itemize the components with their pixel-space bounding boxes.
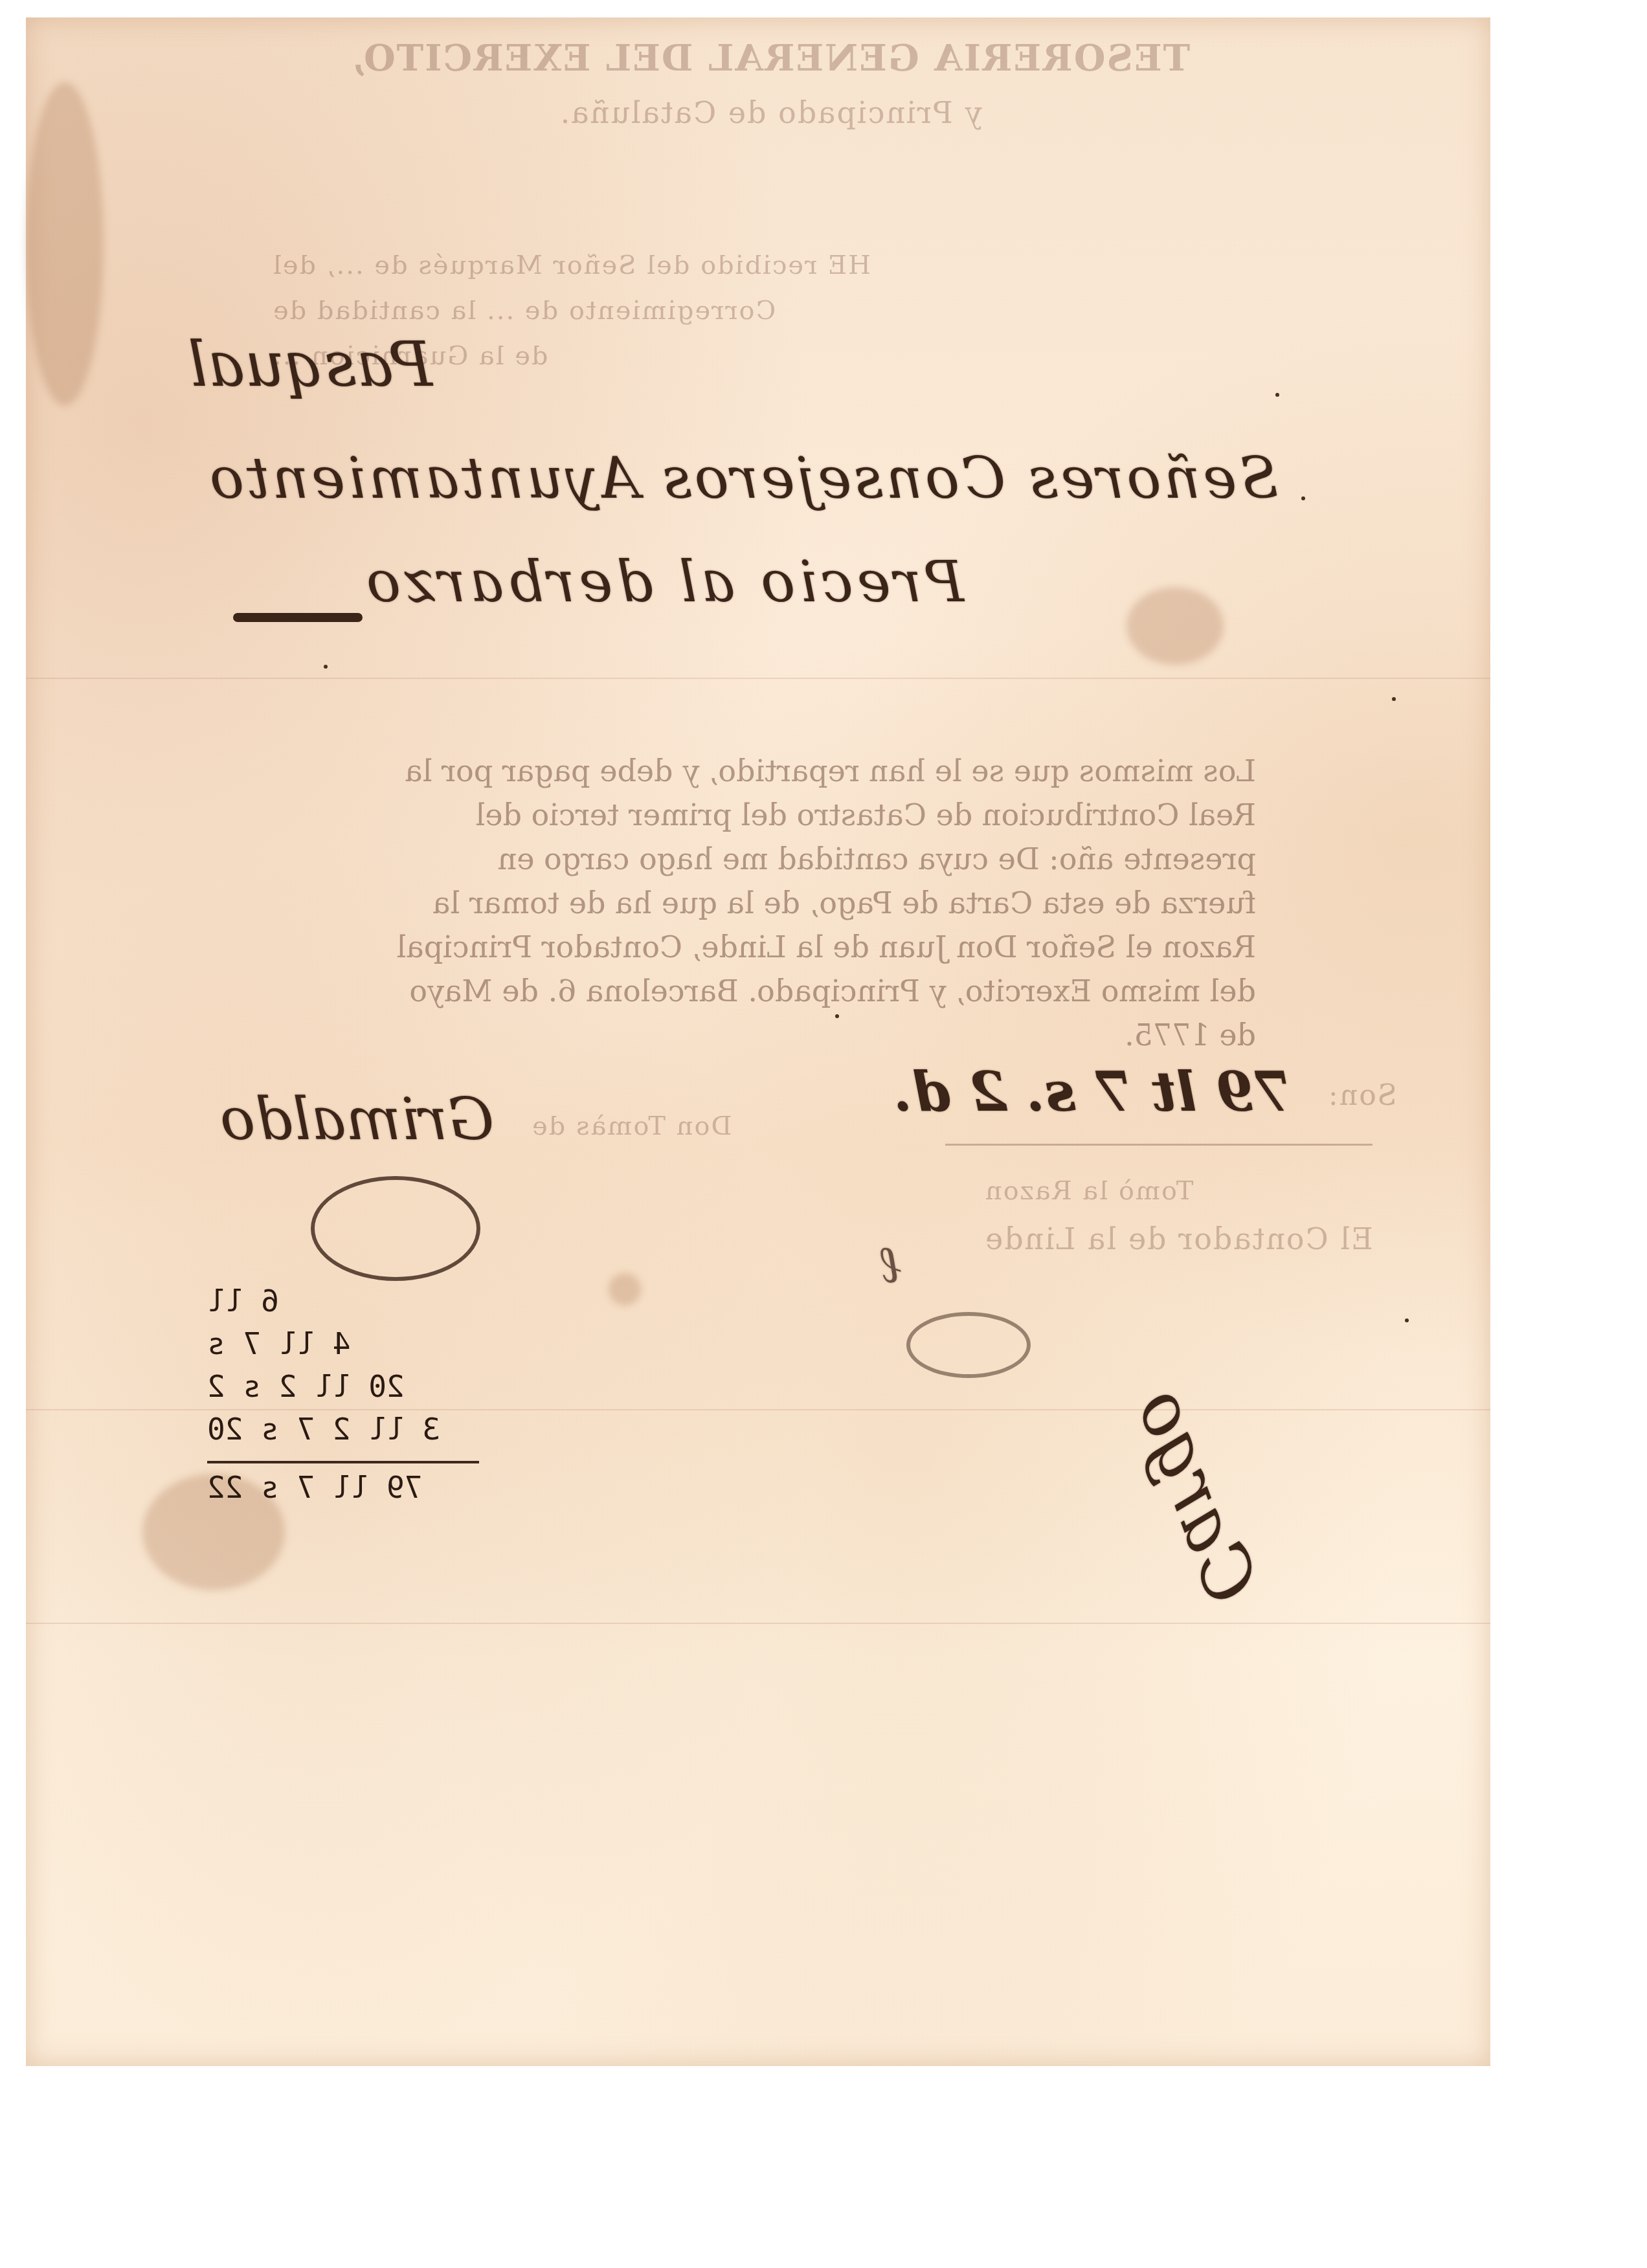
stain [609, 1273, 641, 1306]
tally-total: 79 ll 7 s 22 [207, 1461, 479, 1509]
signature-flourish [311, 1176, 480, 1281]
tally-row: 3 ll 2 7 s 20 [207, 1408, 479, 1451]
tally: 6 ll 4 ll 7 s 20 ll 2 s 2 3 ll 2 7 s 20 … [207, 1280, 479, 1509]
signature: Grimaldo [220, 1085, 494, 1153]
header-subtitle: y Principado de Cataluña. [220, 95, 1321, 130]
document-paper: TESORERIA GENERAL DEL EXERCITO, y Princi… [26, 17, 1490, 2066]
signatory-printed-name: Don Tomàs de [531, 1111, 732, 1141]
small-signature-flourish [906, 1312, 1031, 1378]
fold-line [26, 678, 1490, 679]
header-title: TESORERIA GENERAL DEL EXERCITO, [220, 37, 1321, 80]
marginal-signature: Cargo [1121, 1379, 1273, 1613]
amount-value: 79 lt 7 s. 2 d. [893, 1060, 1292, 1124]
stain [26, 82, 104, 406]
body-line: presente año: De cuya cantidad me hago c… [285, 837, 1256, 881]
handwritten-line-3: Precio al derbarzo [363, 548, 964, 615]
razon-line-2: El Contador de la Linde [984, 1221, 1373, 1256]
body-paragraph: Los mismos que se le han repartido, y de… [285, 749, 1256, 1057]
ink-speck [835, 1014, 839, 1018]
tally-row: 20 ll 2 s 2 [207, 1365, 479, 1408]
body-line: Los mismos que se le han repartido, y de… [285, 749, 1256, 793]
ink-speck [1392, 697, 1396, 701]
ink-speck [1301, 496, 1305, 500]
body-line: del mismo Exercito, y Principado. Barcel… [285, 969, 1256, 1013]
printed-line-2: Corregimiento de ... la cantidad de [272, 296, 776, 326]
stain [1126, 587, 1224, 665]
handwritten-line-2: Señores Consejeros Ayuntamiento [207, 445, 1279, 511]
tally-row: 4 ll 7 s [207, 1322, 479, 1365]
body-line: Real Contribucion de Catastro del primer… [285, 793, 1256, 837]
body-line: fuerza de esta Carta de Pago, de la que … [285, 881, 1256, 925]
printed-line-1: HE recibido del Señor Marqués de ..., de… [272, 250, 871, 280]
amount-label: Son: [1327, 1079, 1397, 1112]
ink-speck [324, 665, 328, 669]
tally-row: 6 ll [207, 1280, 479, 1322]
dash-mark [233, 613, 363, 622]
ink-speck [1275, 393, 1279, 397]
fold-line [26, 1623, 1490, 1624]
handwritten-name: Pasqual [188, 328, 432, 401]
body-line: de 1775. [285, 1013, 1256, 1057]
razon-line-1: Tomò la Razon [984, 1176, 1194, 1206]
ink-speck [1405, 1318, 1409, 1322]
body-line: Razon el Señor Don Juan de la Linde, Con… [285, 925, 1256, 969]
small-signature: ℓ [880, 1234, 902, 1295]
amount-rule [945, 1144, 1372, 1146]
